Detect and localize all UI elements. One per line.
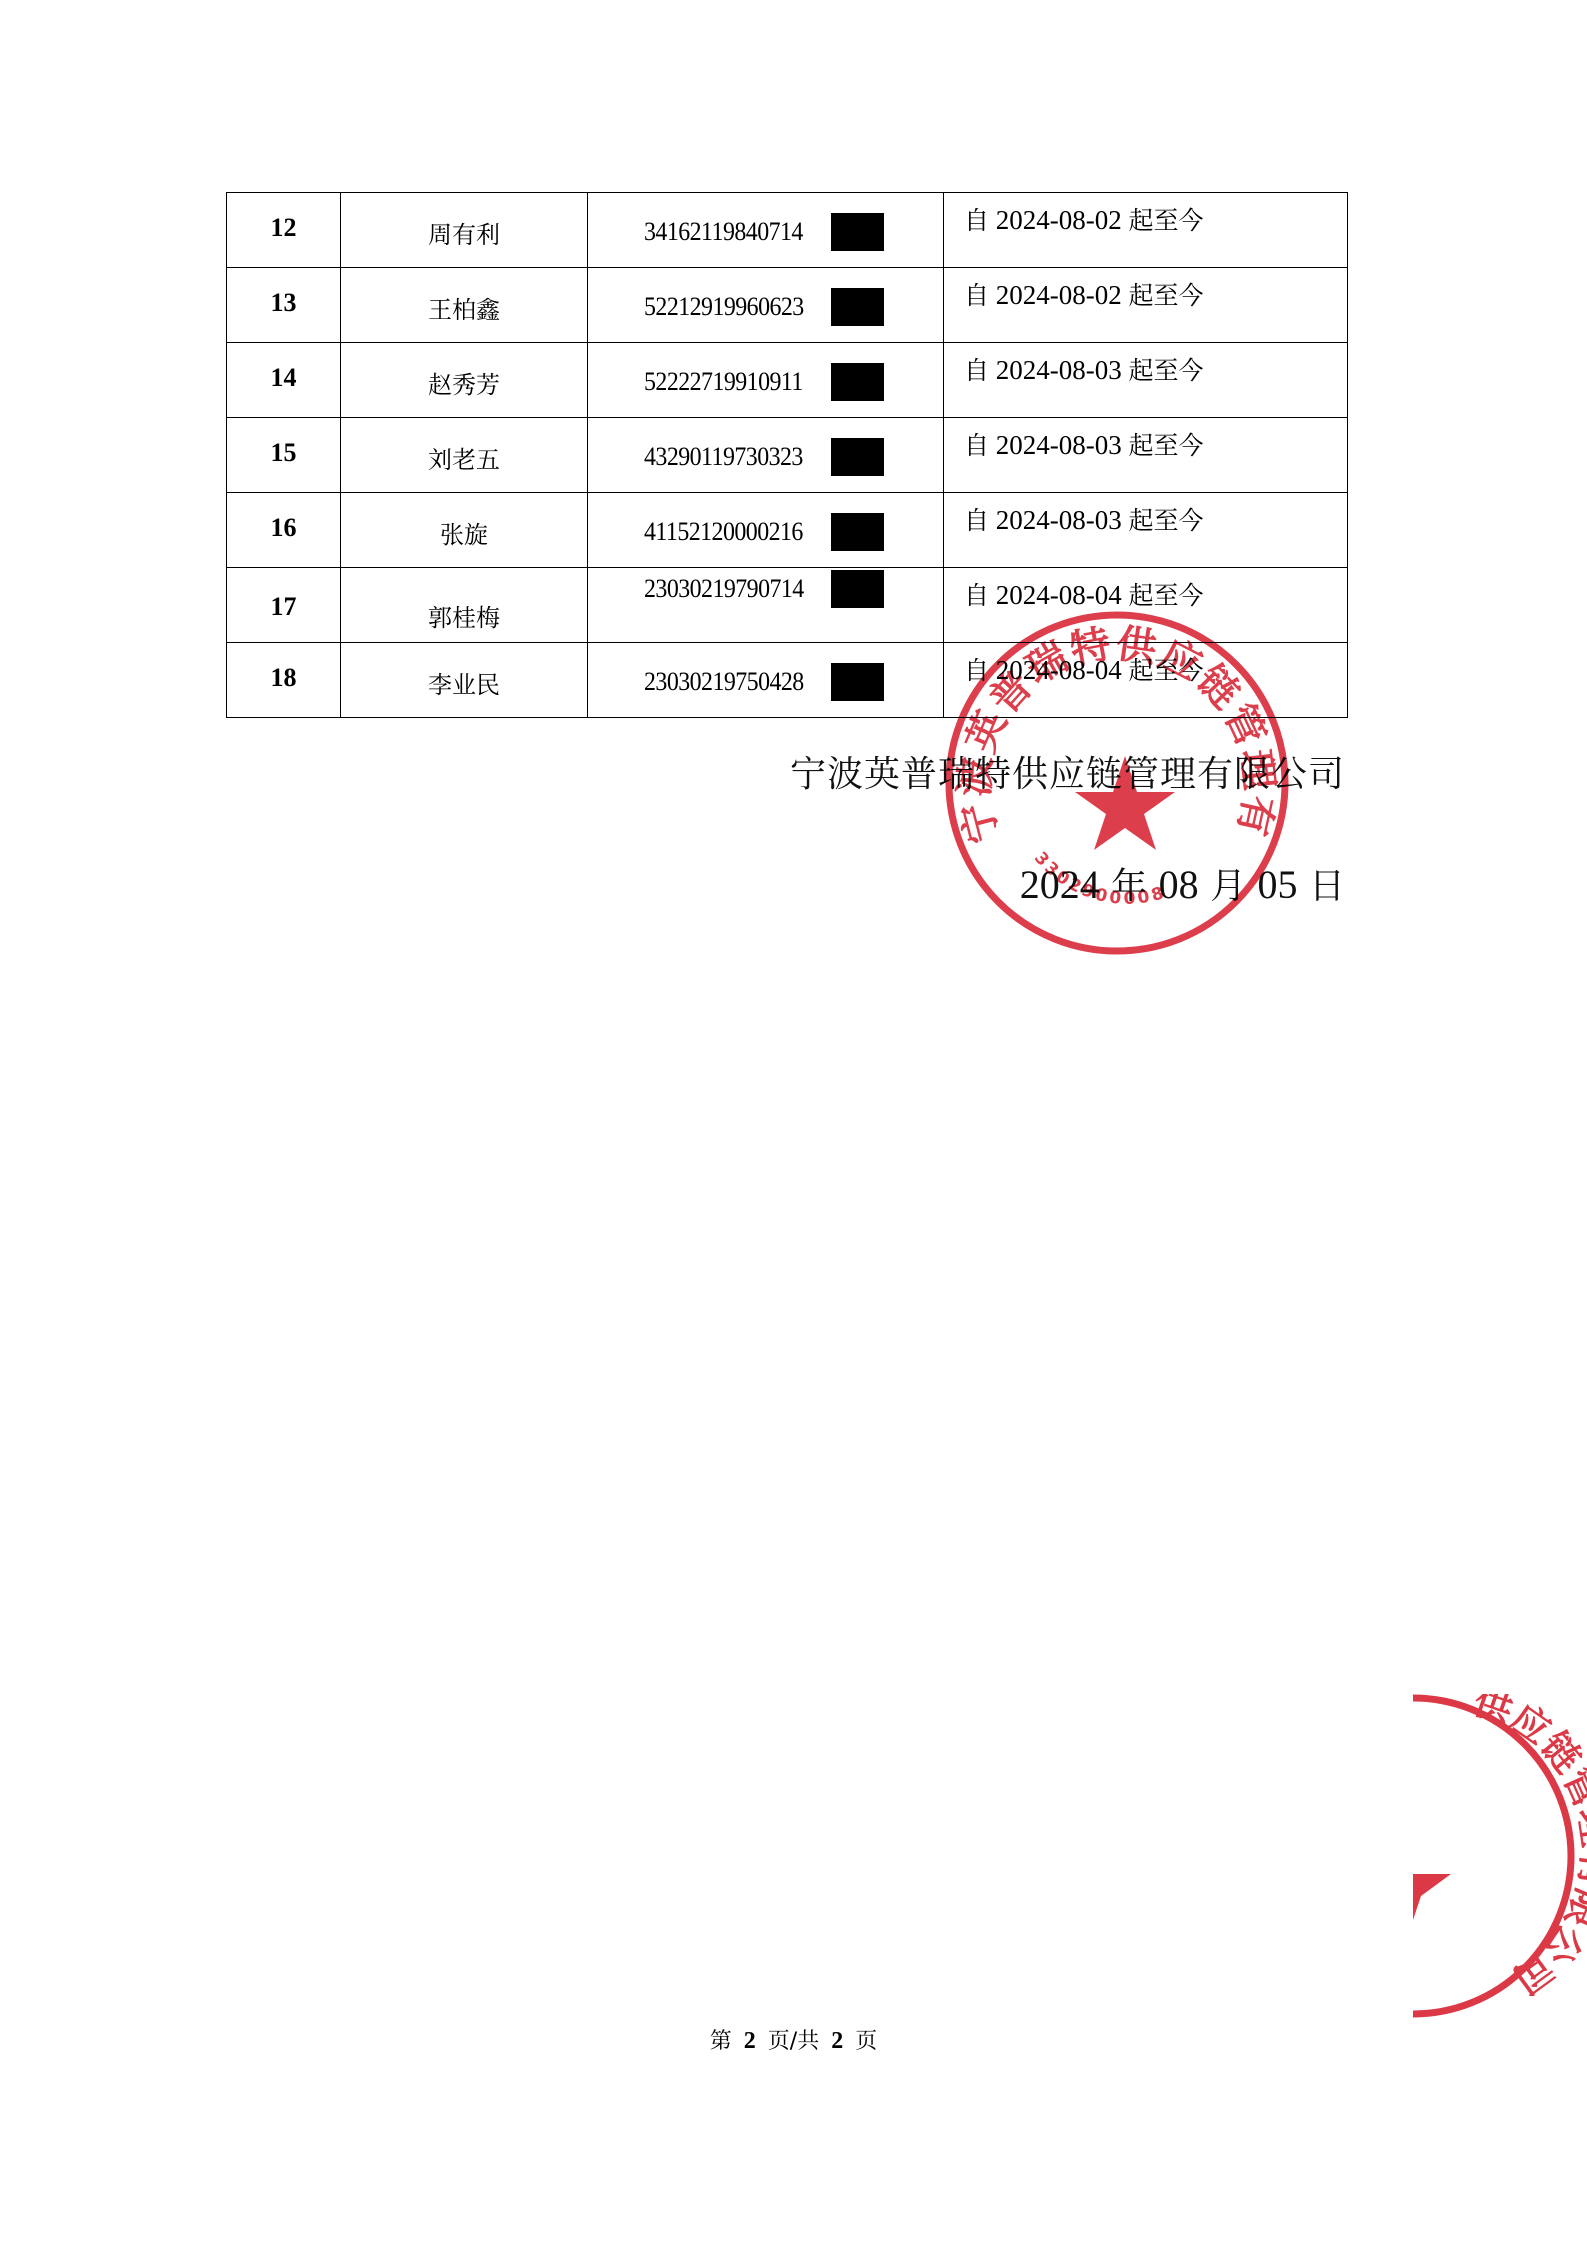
cell-id: 23030219750428 [588, 643, 944, 718]
table-row: 15刘老五43290119730323自 2024-08-03 起至今 [227, 418, 1348, 493]
cell-number: 18 [227, 643, 341, 718]
redaction-box [831, 570, 884, 608]
row-number: 14 [227, 363, 340, 393]
table-row: 14赵秀芳52222719910911自 2024-08-03 起至今 [227, 343, 1348, 418]
employee-name: 王柏鑫 [341, 290, 587, 325]
cell-id: 41152120000216 [588, 493, 944, 568]
id-number: 23030219750428 [644, 663, 884, 701]
since-suffix: 起至今 [1129, 506, 1204, 535]
since-date-value: 2024-08-04 [996, 655, 1122, 685]
cell-name: 郭桂梅 [341, 568, 588, 643]
svg-text:供应链管理有限公司: 供应链管理有限公司 [1468, 1694, 1587, 2002]
employee-name: 赵秀芳 [341, 365, 587, 400]
employee-name: 周有利 [341, 215, 587, 250]
since-suffix: 起至今 [1129, 431, 1204, 460]
id-visible-digits: 52222719910911 [644, 367, 815, 397]
since-prefix: 自 [964, 431, 989, 460]
id-number: 34162119840714 [644, 213, 884, 251]
table-row: 18李业民23030219750428自 2024-08-04 起至今 [227, 643, 1348, 718]
cell-number: 16 [227, 493, 341, 568]
cell-since: 自 2024-08-04 起至今 [944, 643, 1348, 718]
since-date: 自 2024-08-03 起至今 [964, 426, 1204, 462]
id-number: 52222719910911 [644, 363, 884, 401]
since-prefix: 自 [964, 581, 989, 610]
cell-number: 14 [227, 343, 341, 418]
id-number: 41152120000216 [644, 513, 884, 551]
table-row: 17郭桂梅23030219790714自 2024-08-04 起至今 [227, 568, 1348, 643]
cell-number: 15 [227, 418, 341, 493]
redaction-box [831, 363, 884, 401]
table-row: 12周有利34162119840714自 2024-08-02 起至今 [227, 193, 1348, 268]
since-prefix: 自 [964, 656, 989, 685]
cell-id: 34162119840714 [588, 193, 944, 268]
since-date-value: 2024-08-02 [996, 280, 1122, 310]
page-current: 2 [744, 2028, 756, 2054]
since-date: 自 2024-08-04 起至今 [964, 651, 1204, 687]
since-date: 自 2024-08-04 起至今 [964, 576, 1204, 612]
seal-stamp-icon: 供应链管理有限公司 [1413, 1694, 1587, 2019]
since-prefix: 自 [964, 506, 989, 535]
cell-name: 王柏鑫 [341, 268, 588, 343]
redaction-box [831, 438, 884, 476]
cell-id: 52222719910911 [588, 343, 944, 418]
document-page: 12周有利34162119840714自 2024-08-02 起至今13王柏鑫… [0, 0, 1587, 2245]
since-date-value: 2024-08-03 [996, 355, 1122, 385]
cell-name: 刘老五 [341, 418, 588, 493]
cell-number: 17 [227, 568, 341, 643]
redaction-box [831, 513, 884, 551]
since-date-value: 2024-08-02 [996, 205, 1122, 235]
since-date: 自 2024-08-02 起至今 [964, 276, 1204, 312]
redaction-box [831, 288, 884, 326]
date-day-unit: 日 [1309, 866, 1345, 907]
since-date: 自 2024-08-03 起至今 [964, 501, 1204, 537]
cell-number: 13 [227, 268, 341, 343]
employee-name: 刘老五 [341, 440, 587, 475]
cell-since: 自 2024-08-04 起至今 [944, 568, 1348, 643]
row-number: 15 [227, 438, 340, 468]
cell-since: 自 2024-08-03 起至今 [944, 418, 1348, 493]
cross-page-seal: 供应链管理有限公司 [1413, 1694, 1587, 2019]
id-number: 52212919960623 [644, 288, 884, 326]
date-month-unit: 月 [1210, 866, 1246, 907]
row-number: 12 [227, 213, 340, 243]
date-year: 2024 [1020, 862, 1100, 907]
since-date-value: 2024-08-04 [996, 580, 1122, 610]
id-visible-digits: 43290119730323 [644, 442, 815, 472]
row-number: 16 [227, 513, 340, 543]
page-prefix: 第 [710, 2029, 732, 2054]
since-suffix: 起至今 [1129, 281, 1204, 310]
employee-name: 郭桂梅 [341, 598, 587, 633]
cell-name: 李业民 [341, 643, 588, 718]
page-suffix: 页 [855, 2029, 877, 2054]
since-prefix: 自 [964, 281, 989, 310]
id-number: 43290119730323 [644, 438, 884, 476]
since-suffix: 起至今 [1129, 656, 1204, 685]
page-total: 2 [831, 2028, 843, 2054]
row-number: 13 [227, 288, 340, 318]
cell-id: 23030219790714 [588, 568, 944, 643]
cell-since: 自 2024-08-03 起至今 [944, 343, 1348, 418]
cell-name: 赵秀芳 [341, 343, 588, 418]
id-number: 23030219790714 [644, 570, 884, 608]
since-prefix: 自 [964, 356, 989, 385]
date-day: 05 [1258, 862, 1298, 907]
signature-date: 2024 年 08 月 05 日 [1020, 858, 1345, 909]
since-suffix: 起至今 [1129, 581, 1204, 610]
table-row: 16张旋41152120000216自 2024-08-03 起至今 [227, 493, 1348, 568]
redaction-box [831, 663, 884, 701]
since-prefix: 自 [964, 206, 989, 235]
id-visible-digits: 23030219790714 [644, 574, 815, 604]
employee-name: 张旋 [341, 515, 587, 550]
cell-id: 52212919960623 [588, 268, 944, 343]
cell-since: 自 2024-08-03 起至今 [944, 493, 1348, 568]
since-suffix: 起至今 [1129, 356, 1204, 385]
cell-name: 张旋 [341, 493, 588, 568]
since-suffix: 起至今 [1129, 206, 1204, 235]
employee-name: 李业民 [341, 665, 587, 700]
employee-table: 12周有利34162119840714自 2024-08-02 起至今13王柏鑫… [226, 192, 1348, 718]
id-visible-digits: 23030219750428 [644, 667, 815, 697]
page-number: 第2页/共2页 [0, 2024, 1587, 2055]
date-year-unit: 年 [1111, 866, 1147, 907]
company-name: 宁波英普瑞特供应链管理有限公司 [790, 746, 1345, 797]
cell-since: 自 2024-08-02 起至今 [944, 193, 1348, 268]
date-month: 08 [1159, 862, 1199, 907]
row-number: 17 [227, 592, 340, 622]
cell-number: 12 [227, 193, 341, 268]
cell-id: 43290119730323 [588, 418, 944, 493]
cell-name: 周有利 [341, 193, 588, 268]
row-number: 18 [227, 663, 340, 693]
id-visible-digits: 52212919960623 [644, 292, 815, 322]
id-visible-digits: 34162119840714 [644, 217, 815, 247]
since-date: 自 2024-08-03 起至今 [964, 351, 1204, 387]
since-date-value: 2024-08-03 [996, 505, 1122, 535]
redaction-box [831, 213, 884, 251]
cell-since: 自 2024-08-02 起至今 [944, 268, 1348, 343]
table-row: 13王柏鑫52212919960623自 2024-08-02 起至今 [227, 268, 1348, 343]
page-mid: 页/共 [768, 2029, 819, 2054]
since-date: 自 2024-08-02 起至今 [964, 201, 1204, 237]
since-date-value: 2024-08-03 [996, 430, 1122, 460]
id-visible-digits: 41152120000216 [644, 517, 815, 547]
